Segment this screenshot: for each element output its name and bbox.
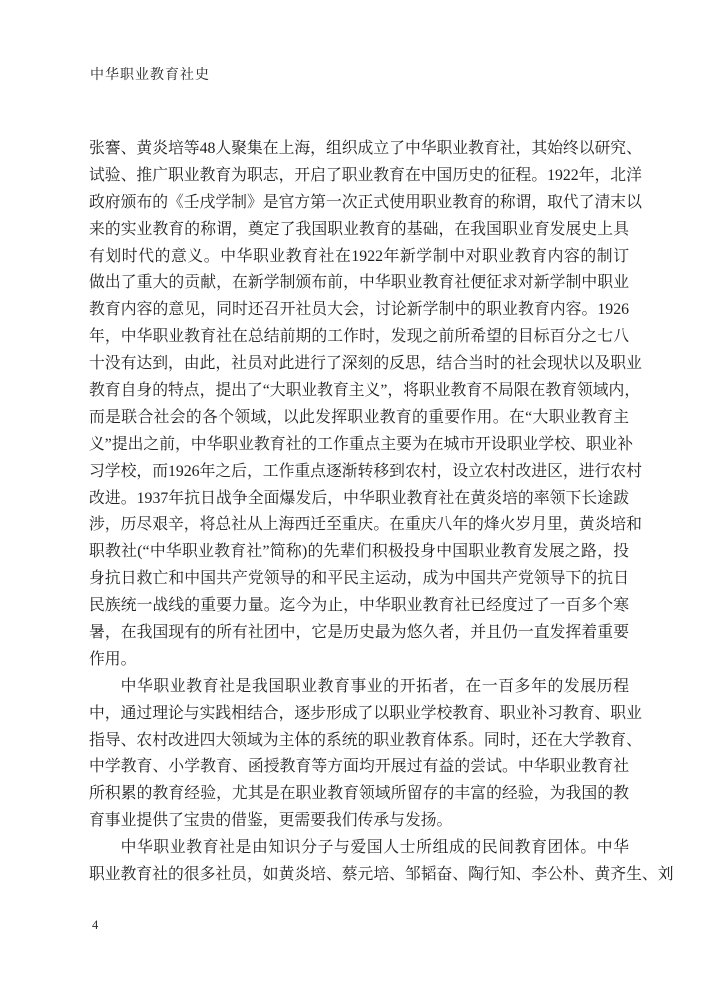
text-line: 有划时代的意义。中华职业教育社在1922年新学制中对职业教育内容的制订	[89, 244, 629, 271]
text-line: 所积累的教育经验，尤其是在职业教育领域所留存的丰富的经验，为我国的教	[89, 781, 629, 808]
text-line: 做出了重大的贡献，在新学制颁布前，中华职业教育社便征求对新学制中职业	[89, 270, 629, 297]
text-line: 身抗日救亡和中国共产党领导的和平民主运动，成为中国共产党领导下的抗日	[89, 566, 629, 593]
text-line: 育事业提供了宝贵的借鉴，更需要我们传承与发扬。	[89, 808, 629, 835]
text-line: 教育内容的意见，同时还召开社员大会，讨论新学制中的职业教育内容。1926	[89, 297, 629, 324]
text-line: 中学教育、小学教育、函授教育等方面均开展过有益的尝试。中华职业教育社	[89, 754, 629, 781]
page-number: 4	[92, 918, 98, 933]
text-line: 中华职业教育社是我国职业教育事业的开拓者，在一百多年的发展历程	[89, 674, 629, 701]
text-line: 来的实业教育的称谓，奠定了我国职业教育的基础，在我国职业育发展史上具	[89, 217, 629, 244]
text-line: 习学校，而1926年之后，工作重点逐渐转移到农村，设立农村改进区，进行农村	[89, 459, 629, 486]
text-line: 改进。1937年抗日战争全面爆发后，中华职业教育社在黄炎培的率领下长途跋	[89, 486, 629, 513]
text-line: 十没有达到，由此，社员对此进行了深刻的反思，结合当时的社会现状以及职业	[89, 351, 629, 378]
page-header: 中华职业教育社史	[90, 64, 210, 84]
text-line: 职业教育社的很多社员，如黄炎培、蔡元培、邹韬奋、陶行知、李公朴、黄齐生、刘	[89, 862, 629, 889]
text-line: 作用。	[89, 647, 629, 674]
text-line: 教育自身的特点，提出了“大职业教育主义”，将职业教育不局限在教育领域内，	[89, 378, 629, 405]
text-line: 中，通过理论与实践相结合，逐步形成了以职业学校教育、职业补习教育、职业	[89, 701, 629, 728]
text-line: 年，中华职业教育社在总结前期的工作时，发现之前所希望的目标百分之七八	[89, 324, 629, 351]
text-line: 而是联合社会的各个领域，以此发挥职业教育的重要作用。在“大职业教育主	[89, 405, 629, 432]
text-line: 中华职业教育社是由知识分子与爱国人士所组成的民间教育团体。中华	[89, 835, 629, 862]
text-line: 暑，在我国现有的所有社团中，它是历史最为悠久者，并且仍一直发挥着重要	[89, 620, 629, 647]
book-page: 中华职业教育社史 张謇、黄炎培等48人聚集在上海，组织成立了中华职业教育社，其始…	[0, 0, 715, 1000]
text-line: 政府颁布的《壬戌学制》是官方第一次正式使用职业教育的称谓，取代了清末以	[89, 190, 629, 217]
text-line: 义”提出之前，中华职业教育社的工作重点主要为在城市开设职业学校、职业补	[89, 432, 629, 459]
text-line: 指导、农村改进四大领域为主体的系统的职业教育体系。同时，还在大学教育、	[89, 728, 629, 755]
text-line: 涉，历尽艰辛，将总社从上海西迁至重庆。在重庆八年的烽火岁月里，黄炎培和	[89, 512, 629, 539]
body-text: 张謇、黄炎培等48人聚集在上海，组织成立了中华职业教育社，其始终以研究、 试验、…	[89, 136, 629, 889]
text-line: 民族统一战线的重要力量。迄今为止，中华职业教育社已经度过了一百多个寒	[89, 593, 629, 620]
text-line: 张謇、黄炎培等48人聚集在上海，组织成立了中华职业教育社，其始终以研究、	[89, 136, 629, 163]
text-line: 试验、推广职业教育为职志，开启了职业教育在中国历史的征程。1922年，北洋	[89, 163, 629, 190]
text-line: 职教社(“中华职业教育社”简称)的先辈们积极投身中国职业教育发展之路，投	[89, 539, 629, 566]
